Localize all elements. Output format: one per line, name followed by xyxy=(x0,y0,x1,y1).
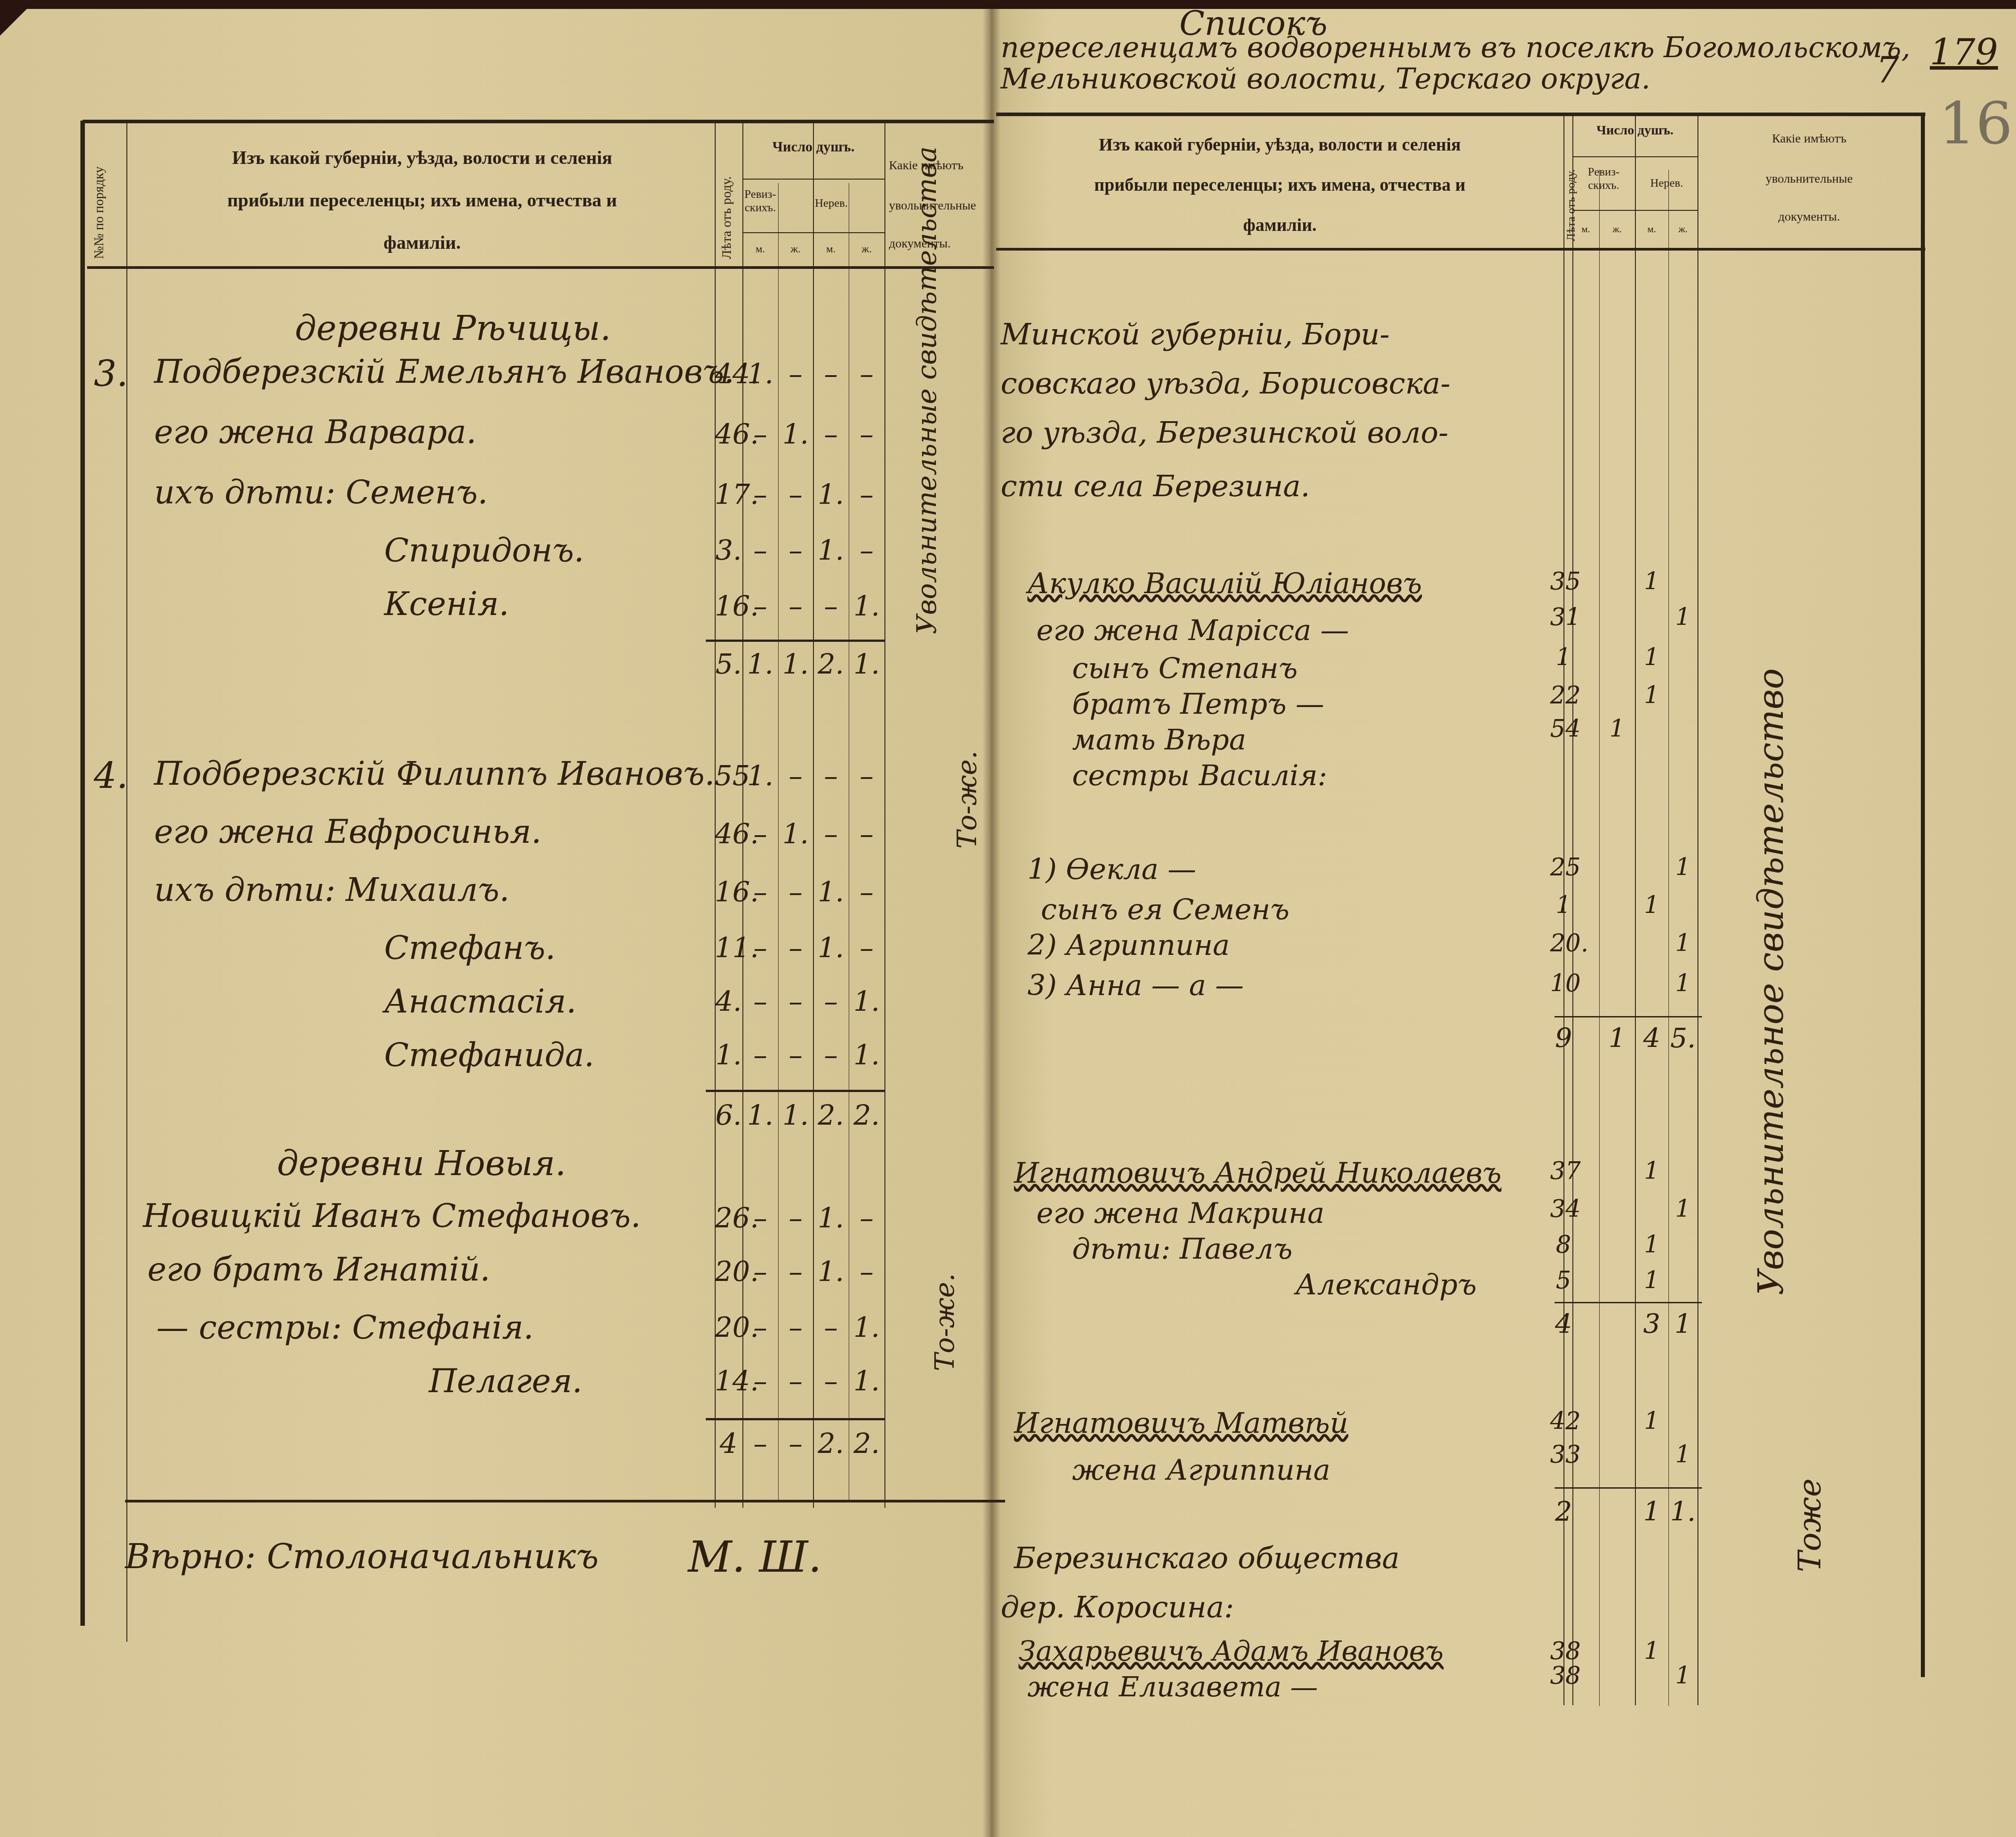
member-name: 2) Агриппина xyxy=(1027,929,1230,962)
subtotal-rule xyxy=(1555,1016,1702,1017)
count-cell: – xyxy=(849,478,884,511)
age-cell: 5 xyxy=(1550,1266,1577,1294)
header-souls: Число душъ. xyxy=(742,138,884,155)
count-cell: 1. xyxy=(742,357,778,390)
count-cell: 1 xyxy=(1668,853,1697,881)
left-header-bottom-rule xyxy=(87,266,994,269)
total-cell: 5. xyxy=(715,648,742,680)
total-cell: 1 xyxy=(1668,1309,1697,1340)
header-origin-line3: фамиліи. xyxy=(134,232,710,254)
r-header-nrev-m: м. xyxy=(1635,223,1668,235)
member-name: его жена Марiсса — xyxy=(1036,614,1349,647)
count-cell: – xyxy=(813,817,849,850)
member-name: Александръ xyxy=(1295,1268,1477,1301)
count-cell: 1. xyxy=(849,1038,884,1071)
member-name: Стефанъ. xyxy=(384,929,556,967)
total-cell: 1 xyxy=(1599,1023,1635,1054)
count-cell: – xyxy=(813,1311,849,1343)
header-rev-f: ж. xyxy=(778,243,813,255)
age-cell: 3. xyxy=(715,534,742,566)
count-cell: – xyxy=(742,1201,778,1234)
member-name: жена Агриппина xyxy=(1072,1454,1330,1487)
age-cell: 31 xyxy=(1550,603,1577,631)
member-name: сынъ ея Семенъ xyxy=(1041,893,1289,926)
age-cell: 44. xyxy=(715,357,742,390)
age-cell: 55. xyxy=(715,759,742,792)
r-header-nrev-f: ж. xyxy=(1668,223,1697,235)
count-cell: – xyxy=(778,1255,813,1288)
total-cell: 9 xyxy=(1550,1023,1577,1054)
member-name: 1) Өекла — xyxy=(1027,853,1196,886)
count-cell: – xyxy=(742,1364,778,1397)
r-header-origin-line1: Изъ какой губерніи, уѣзда, волости и сел… xyxy=(1001,134,1559,155)
header-origin-line1: Изъ какой губерніи, уѣзда, волости и сел… xyxy=(134,147,710,169)
right-header-bottom-rule xyxy=(996,248,1925,251)
left-table-bottom-rule xyxy=(125,1500,1005,1502)
total-cell: 2. xyxy=(813,648,849,680)
age-cell: 16. xyxy=(715,875,742,908)
count-cell: – xyxy=(778,1201,813,1234)
count-cell: 1. xyxy=(849,1311,884,1343)
count-cell: 1 xyxy=(1635,567,1668,595)
member-name: братъ Петръ — xyxy=(1072,688,1324,721)
count-cell: 1 xyxy=(1668,603,1697,631)
count-cell: 1 xyxy=(1635,1266,1668,1294)
age-cell: 38 xyxy=(1550,1637,1577,1665)
r-header-rev-f: ж. xyxy=(1599,223,1635,235)
member-name: сестры Василія: xyxy=(1072,759,1327,792)
r-mf-subheader-rule xyxy=(1572,210,1697,211)
member-name: Подберезскій Емельянъ Ивановъ. xyxy=(154,353,734,390)
subsection-heading: Березинскаго общества xyxy=(1014,1541,1400,1575)
member-name: его братъ Игнатій. xyxy=(147,1251,490,1288)
count-cell: 1 xyxy=(1635,1407,1668,1435)
member-name: ихъ дѣти: Михаилъ. xyxy=(154,871,510,908)
member-name: жена Елизавета — xyxy=(1027,1670,1318,1703)
count-cell: 1 xyxy=(1668,1440,1697,1469)
member-name: Игнатовичъ Андрей Николаевъ xyxy=(1014,1157,1501,1190)
count-cell: – xyxy=(849,357,884,390)
count-cell: 1. xyxy=(813,1201,849,1234)
r-header-docs-line1: Какіе имѣютъ xyxy=(1697,132,1921,146)
member-name: Спиридонъ. xyxy=(384,531,584,569)
total-cell: – xyxy=(778,1427,813,1460)
count-cell: – xyxy=(778,534,813,566)
count-cell: – xyxy=(742,1038,778,1071)
member-name: сынъ Степанъ xyxy=(1072,652,1298,685)
count-cell: 1. xyxy=(813,534,849,566)
count-cell: – xyxy=(742,1311,778,1343)
age-cell: 26. xyxy=(715,1201,742,1234)
total-cell: 1 xyxy=(1635,1496,1668,1527)
documents-entry: Увольнительные свидѣтельства xyxy=(911,146,943,634)
count-cell: – xyxy=(778,478,813,511)
count-cell: – xyxy=(778,759,813,792)
certification-text: Вѣрно: Столоначальникъ xyxy=(125,1536,599,1576)
count-cell: – xyxy=(813,759,849,792)
age-cell: 1. xyxy=(715,1038,742,1071)
total-cell: 2 xyxy=(1550,1496,1577,1527)
total-cell: 1. xyxy=(742,1099,778,1131)
member-name: мать Вѣра xyxy=(1072,724,1246,757)
age-cell: 14. xyxy=(715,1364,742,1397)
count-cell: – xyxy=(778,1364,813,1397)
count-cell: – xyxy=(778,931,813,964)
list-heading-line1: переселенцамъ водвореннымъ въ поселкѣ Бо… xyxy=(1001,31,1911,64)
member-name: Пелагея. xyxy=(429,1362,583,1400)
count-cell: – xyxy=(813,418,849,450)
total-cell: 4 xyxy=(1550,1309,1577,1340)
count-cell: – xyxy=(742,1255,778,1288)
age-cell: 35 xyxy=(1550,567,1577,595)
total-cell: 4 xyxy=(715,1427,742,1460)
count-cell: – xyxy=(849,875,884,908)
count-cell: 1. xyxy=(813,478,849,511)
subsection-heading: дер. Коросина: xyxy=(1001,1590,1234,1624)
count-cell: 1 xyxy=(1635,1157,1668,1185)
count-cell: – xyxy=(849,534,884,566)
total-cell: 1. xyxy=(849,648,884,680)
r-header-docs-line2: увольнительные xyxy=(1697,172,1921,186)
total-cell: 5. xyxy=(1668,1023,1697,1054)
total-cell: 1. xyxy=(1668,1496,1697,1527)
count-cell: 1. xyxy=(849,985,884,1017)
member-name: Акулко Василій Юлiановъ xyxy=(1027,567,1422,600)
age-cell: 11. xyxy=(715,931,742,964)
count-cell: – xyxy=(849,1201,884,1234)
age-cell: 34 xyxy=(1550,1195,1577,1223)
count-cell: – xyxy=(813,590,849,622)
count-cell: – xyxy=(742,478,778,511)
r-header-souls: Число душъ. xyxy=(1572,123,1697,138)
member-name: Захарьевичъ Адамъ Ивановъ xyxy=(1018,1635,1444,1667)
count-cell: 1. xyxy=(742,759,778,792)
member-name: Ксенія. xyxy=(384,585,509,623)
age-cell: 42 xyxy=(1550,1407,1577,1435)
count-cell: – xyxy=(778,357,813,390)
count-cell: – xyxy=(742,534,778,566)
count-cell: – xyxy=(813,1364,849,1397)
count-cell: 1. xyxy=(778,418,813,450)
count-cell: 1. xyxy=(778,817,813,850)
total-cell: 3 xyxy=(1635,1309,1668,1340)
left-table-top-rule xyxy=(83,120,994,123)
origin-line: сти села Березина. xyxy=(1001,469,1310,503)
origin-line: Минской губерніи, Бори- xyxy=(1001,317,1390,351)
count-cell: – xyxy=(778,590,813,622)
r-header-nonrevision: Нерев. xyxy=(1636,176,1697,190)
count-cell: 1 xyxy=(1668,929,1697,957)
member-name: его жена Варвара. xyxy=(154,413,477,451)
header-nrev-m: м. xyxy=(813,243,849,255)
age-cell: 20. xyxy=(1550,929,1577,957)
age-cell: 17. xyxy=(715,478,742,511)
documents-ditto: То-же. xyxy=(929,1273,960,1371)
age-cell: 54 xyxy=(1550,715,1577,743)
count-cell: – xyxy=(813,1038,849,1071)
count-cell: – xyxy=(778,1311,813,1343)
total-cell: – xyxy=(742,1427,778,1460)
count-cell: – xyxy=(849,1255,884,1288)
age-cell: 4. xyxy=(715,985,742,1017)
age-cell: 1 xyxy=(1550,643,1577,671)
header-nonrevision: Нерев. xyxy=(814,197,849,210)
count-cell: 1 xyxy=(1668,1661,1697,1690)
count-cell: – xyxy=(742,875,778,908)
family-number: 3. xyxy=(94,353,128,394)
total-cell: 4 xyxy=(1635,1023,1668,1054)
age-cell: 16. xyxy=(715,590,742,622)
age-cell: 1 xyxy=(1550,891,1577,919)
count-cell: – xyxy=(813,985,849,1017)
count-cell: 1. xyxy=(813,931,849,964)
count-cell: 1 xyxy=(1668,969,1697,997)
header-age-col: Лѣта отъ роду. xyxy=(719,176,734,259)
age-cell: 20. xyxy=(715,1311,742,1343)
member-name: дѣти: Павелъ xyxy=(1072,1233,1292,1266)
section-heading: деревни Рѣчицы. xyxy=(295,308,611,348)
folio-mark: 7 xyxy=(1876,49,1899,91)
count-cell: – xyxy=(849,759,884,792)
r-header-docs-line3: документы. xyxy=(1697,210,1921,224)
col-divider-nrev xyxy=(813,123,814,1508)
subtotal-rule xyxy=(706,1418,884,1420)
souls-subheader-rule xyxy=(742,179,884,180)
header-number-col: №№ по порядку xyxy=(92,166,107,259)
age-cell: 38 xyxy=(1550,1661,1577,1690)
total-cell: 2. xyxy=(849,1427,884,1460)
count-cell: – xyxy=(742,817,778,850)
member-name: Подберезскій Филиппъ Ивановъ. xyxy=(154,755,715,792)
count-cell: 1 xyxy=(1668,1195,1697,1223)
r-header-rev-m: м. xyxy=(1572,223,1599,235)
family-number: 4. xyxy=(94,755,128,796)
count-cell: – xyxy=(778,1038,813,1071)
member-name: ихъ дѣти: Семенъ. xyxy=(154,473,488,511)
book-gutter xyxy=(983,9,1001,1837)
member-name: его жена Макрина xyxy=(1036,1197,1324,1230)
count-cell: – xyxy=(778,875,813,908)
mf-subheader-rule xyxy=(742,232,884,233)
total-cell: 1. xyxy=(778,1099,813,1131)
col-divider-rev xyxy=(742,123,743,1508)
folio-number: 179 xyxy=(1930,31,1998,73)
header-docs-line3: документы. xyxy=(889,237,1005,251)
subtotal-rule xyxy=(706,1090,884,1092)
member-name: 3) Анна — а — xyxy=(1027,969,1244,1002)
age-cell: 25 xyxy=(1550,853,1577,881)
signature: М. Ш. xyxy=(688,1532,821,1582)
col-divider-age xyxy=(715,123,716,1508)
count-cell: – xyxy=(742,590,778,622)
subtotal-rule xyxy=(1555,1487,1702,1489)
subtotal-rule xyxy=(706,640,884,642)
header-docs-line1: Какіе имѣютъ xyxy=(889,159,1005,173)
count-cell: 1. xyxy=(813,875,849,908)
r-header-origin-line2: прибыли переселенцы; ихъ имена, отчества… xyxy=(1001,174,1559,195)
member-name: Игнатовичъ Матвѣй xyxy=(1014,1407,1348,1440)
pencil-page-number: 16 xyxy=(1939,89,2012,157)
age-cell: 46. xyxy=(715,418,742,450)
header-origin-line2: прибыли переселенцы; ихъ имена, отчества… xyxy=(134,190,710,211)
total-cell: 6. xyxy=(715,1099,742,1131)
r-col-divider-docs xyxy=(1697,115,1698,1705)
subtotal-rule xyxy=(1555,1302,1702,1303)
documents-ditto: Тоже xyxy=(1791,1478,1828,1572)
count-cell: 1 xyxy=(1635,1637,1668,1665)
age-cell: 8 xyxy=(1550,1230,1577,1259)
count-cell: – xyxy=(849,817,884,850)
right-table-top-rule xyxy=(996,113,1925,116)
header-nrev-f: ж. xyxy=(849,243,884,255)
section-heading: деревни Новыя. xyxy=(277,1143,566,1183)
count-cell: 1. xyxy=(849,590,884,622)
total-cell: 1. xyxy=(778,648,813,680)
age-cell: 33 xyxy=(1550,1440,1577,1469)
header-rev-m: м. xyxy=(742,243,778,255)
age-cell: 37 xyxy=(1550,1157,1577,1185)
header-docs-line2: увольнительные xyxy=(889,199,1005,213)
count-cell: 1. xyxy=(813,1255,849,1288)
r-souls-subheader-rule xyxy=(1572,156,1697,157)
documents-ditto: То-же. xyxy=(951,751,983,849)
member-name: Стефанида. xyxy=(384,1036,595,1074)
member-name: его жена Евфросинья. xyxy=(154,813,541,850)
age-cell: 22 xyxy=(1550,681,1577,709)
count-cell: 1. xyxy=(849,1364,884,1397)
total-cell: 2. xyxy=(813,1427,849,1460)
documents-entry: Увольнительное свидѣтельство xyxy=(1751,668,1791,1295)
count-cell: – xyxy=(849,418,884,450)
count-cell: 1 xyxy=(1635,1230,1668,1259)
r-header-revision: Ревиз-скихъ. xyxy=(1572,165,1635,192)
count-cell: 1 xyxy=(1635,891,1668,919)
count-cell: – xyxy=(742,418,778,450)
r-header-origin-line3: фамиліи. xyxy=(1001,214,1559,235)
total-cell: 1. xyxy=(742,648,778,680)
list-heading-line2: Мельниковской волости, Терскаго округа. xyxy=(1001,63,1651,96)
age-cell: 46. xyxy=(715,817,742,850)
member-name: Новицкій Иванъ Стефановъ. xyxy=(143,1197,641,1234)
count-cell: – xyxy=(778,985,813,1017)
total-cell: 2. xyxy=(849,1099,884,1131)
member-name: Анастасія. xyxy=(384,983,576,1020)
count-cell: – xyxy=(849,931,884,964)
age-cell: 10 xyxy=(1550,969,1577,997)
header-revision: Ревиз-скихъ. xyxy=(742,188,778,214)
count-cell: – xyxy=(813,357,849,390)
origin-line: совскаго уѣзда, Борисовска- xyxy=(1001,366,1450,401)
r-col-divider-rev-mf xyxy=(1599,170,1600,1706)
origin-line: го уѣзда, Березинской воло- xyxy=(1001,415,1448,450)
count-cell: 1 xyxy=(1635,643,1668,671)
col-divider-docs xyxy=(884,123,885,1508)
count-cell: 1 xyxy=(1599,715,1635,743)
right-table-outer-border xyxy=(1921,114,1925,1677)
member-name: — сестры: Стефанія. xyxy=(156,1309,534,1346)
left-table-outer-border xyxy=(80,121,85,1626)
count-cell: – xyxy=(742,931,778,964)
age-cell: 20. xyxy=(715,1255,742,1288)
count-cell: 1 xyxy=(1635,681,1668,709)
col-divider-number xyxy=(126,123,127,1642)
total-cell: 2. xyxy=(813,1099,849,1131)
count-cell: – xyxy=(742,985,778,1017)
